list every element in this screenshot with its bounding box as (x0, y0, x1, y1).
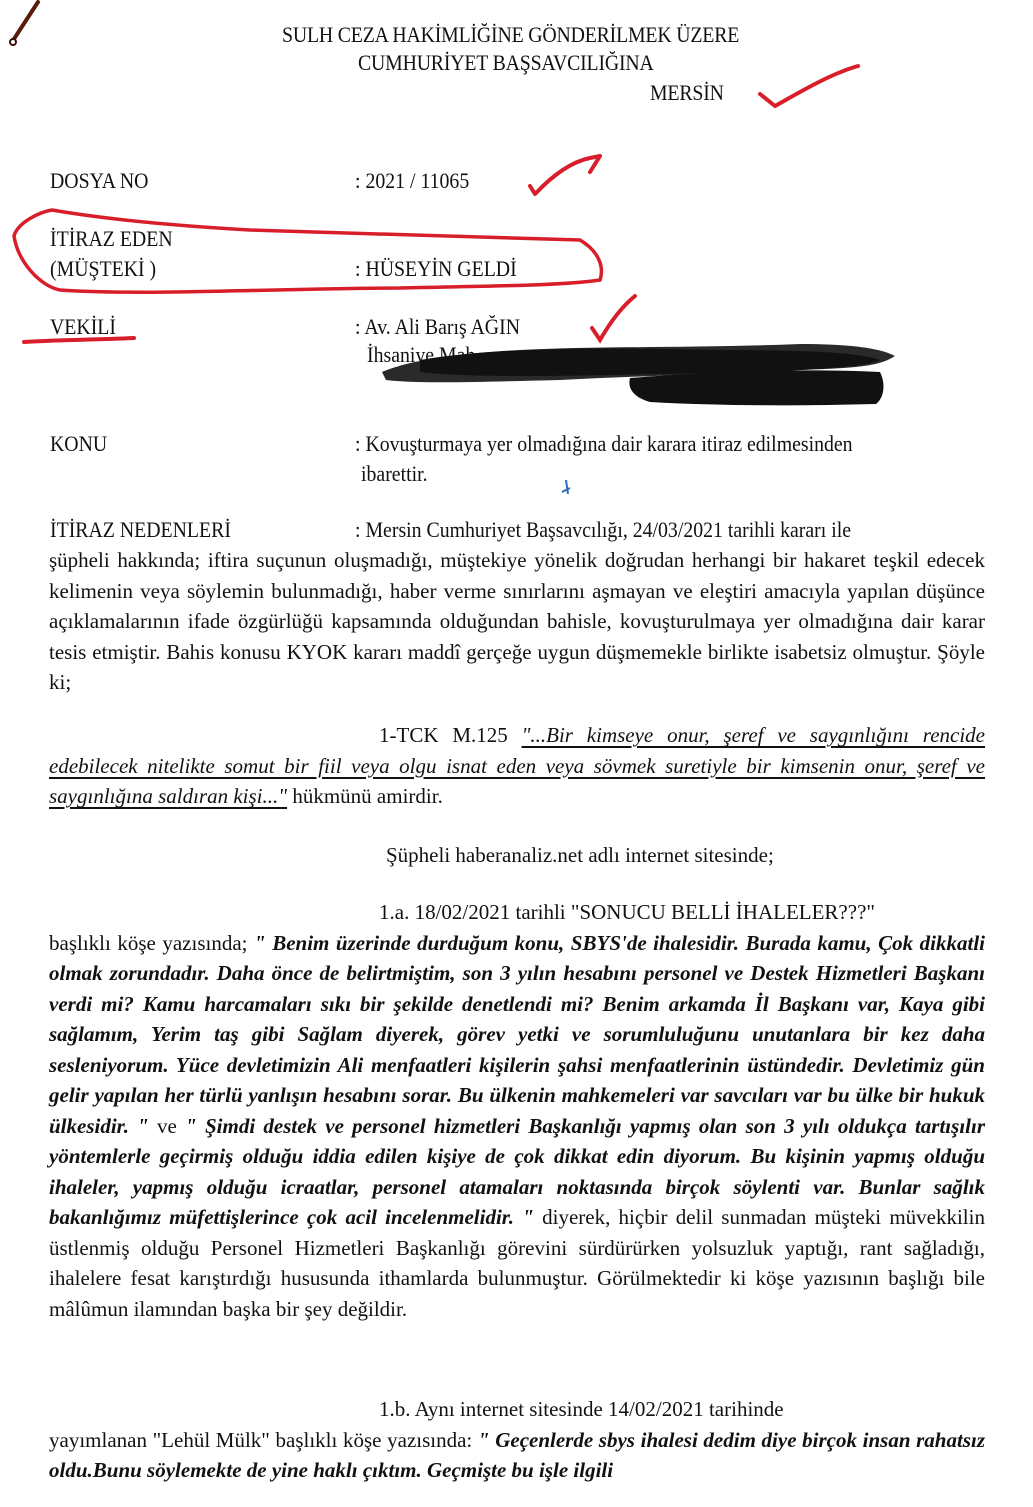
vekili-value: : Av. Ali Barış AĞIN (355, 314, 520, 340)
itiraz-nedenleri-body: şüpheli hakkında; iftira suçunun oluşmad… (49, 545, 985, 698)
item-1b-intro: 1.b. Aynı internet sitesinde 14/02/2021 … (379, 1397, 784, 1421)
item-1b: 1.b. Aynı internet sitesinde 14/02/2021 … (49, 1394, 985, 1486)
itiraz-eden-label: İTİRAZ EDEN (50, 226, 173, 252)
item-1b-lead: yayımlanan "Lehül Mülk" başlıklı köşe ya… (49, 1428, 478, 1452)
item-1-suffix: hükmünü amirdir. (287, 784, 443, 808)
document-page: SULH CEZA HAKİMLİĞİNE GÖNDERİLMEK ÜZERE … (0, 0, 1033, 1507)
redaction-city (629, 370, 883, 405)
konu-label: KONU (50, 431, 107, 457)
checkmark-vekili (592, 296, 635, 340)
item-1a-connector: ve (149, 1114, 185, 1138)
vekili-label: VEKİLİ (50, 314, 116, 340)
ink-speck (562, 480, 570, 494)
item-1-tck: 1-TCK M.125 "...Bir kimseye onur, şeref … (49, 720, 985, 812)
vekili-address: İhsaniye Mah. (367, 342, 480, 368)
header-line-court: SULH CEZA HAKİMLİĞİNE GÖNDERİLMEK ÜZERE (282, 22, 739, 48)
konu-value-line1: : Kovuşturmaya yer olmadığına dair karar… (355, 431, 853, 457)
itiraz-nedenleri-label: İTİRAZ NEDENLERİ (50, 517, 231, 543)
checkmark-dosya-no (530, 156, 600, 194)
dosya-no-label: DOSYA NO (50, 168, 148, 194)
checkmark-mersin (760, 66, 858, 106)
musteki-value: : HÜSEYİN GELDİ (355, 256, 517, 282)
dosya-no-value: : 2021 / 11065 (355, 168, 469, 194)
header-line-city: MERSİN (650, 80, 724, 106)
item-1a-lead: başlıklı köşe yazısında; (49, 931, 254, 955)
konu-value-line2: ibarettir. (361, 461, 428, 487)
pen-stroke-mark (12, 2, 38, 42)
suspect-intro: Şüpheli haberanaliz.net adlı internet si… (386, 840, 774, 871)
header-line-prosecutor: CUMHURİYET BAŞSAVCILIĞINA (358, 50, 654, 76)
item-1a: 1.a. 18/02/2021 tarihli "SONUCU BELLİ İH… (49, 897, 985, 1324)
musteki-label: (MÜŞTEKİ ) (50, 256, 156, 282)
item-1a-intro: 1.a. 18/02/2021 tarihli "SONUCU BELLİ İH… (379, 900, 875, 924)
item-1a-quote-1: " Benim üzerinde durduğum konu, SBYS'de … (49, 931, 985, 1138)
redaction-address-2 (420, 349, 880, 376)
item-1-prefix: 1-TCK M.125 (379, 723, 522, 747)
itiraz-nedenleri-first-line: : Mersin Cumhuriyet Başsavcılığı, 24/03/… (355, 517, 851, 543)
